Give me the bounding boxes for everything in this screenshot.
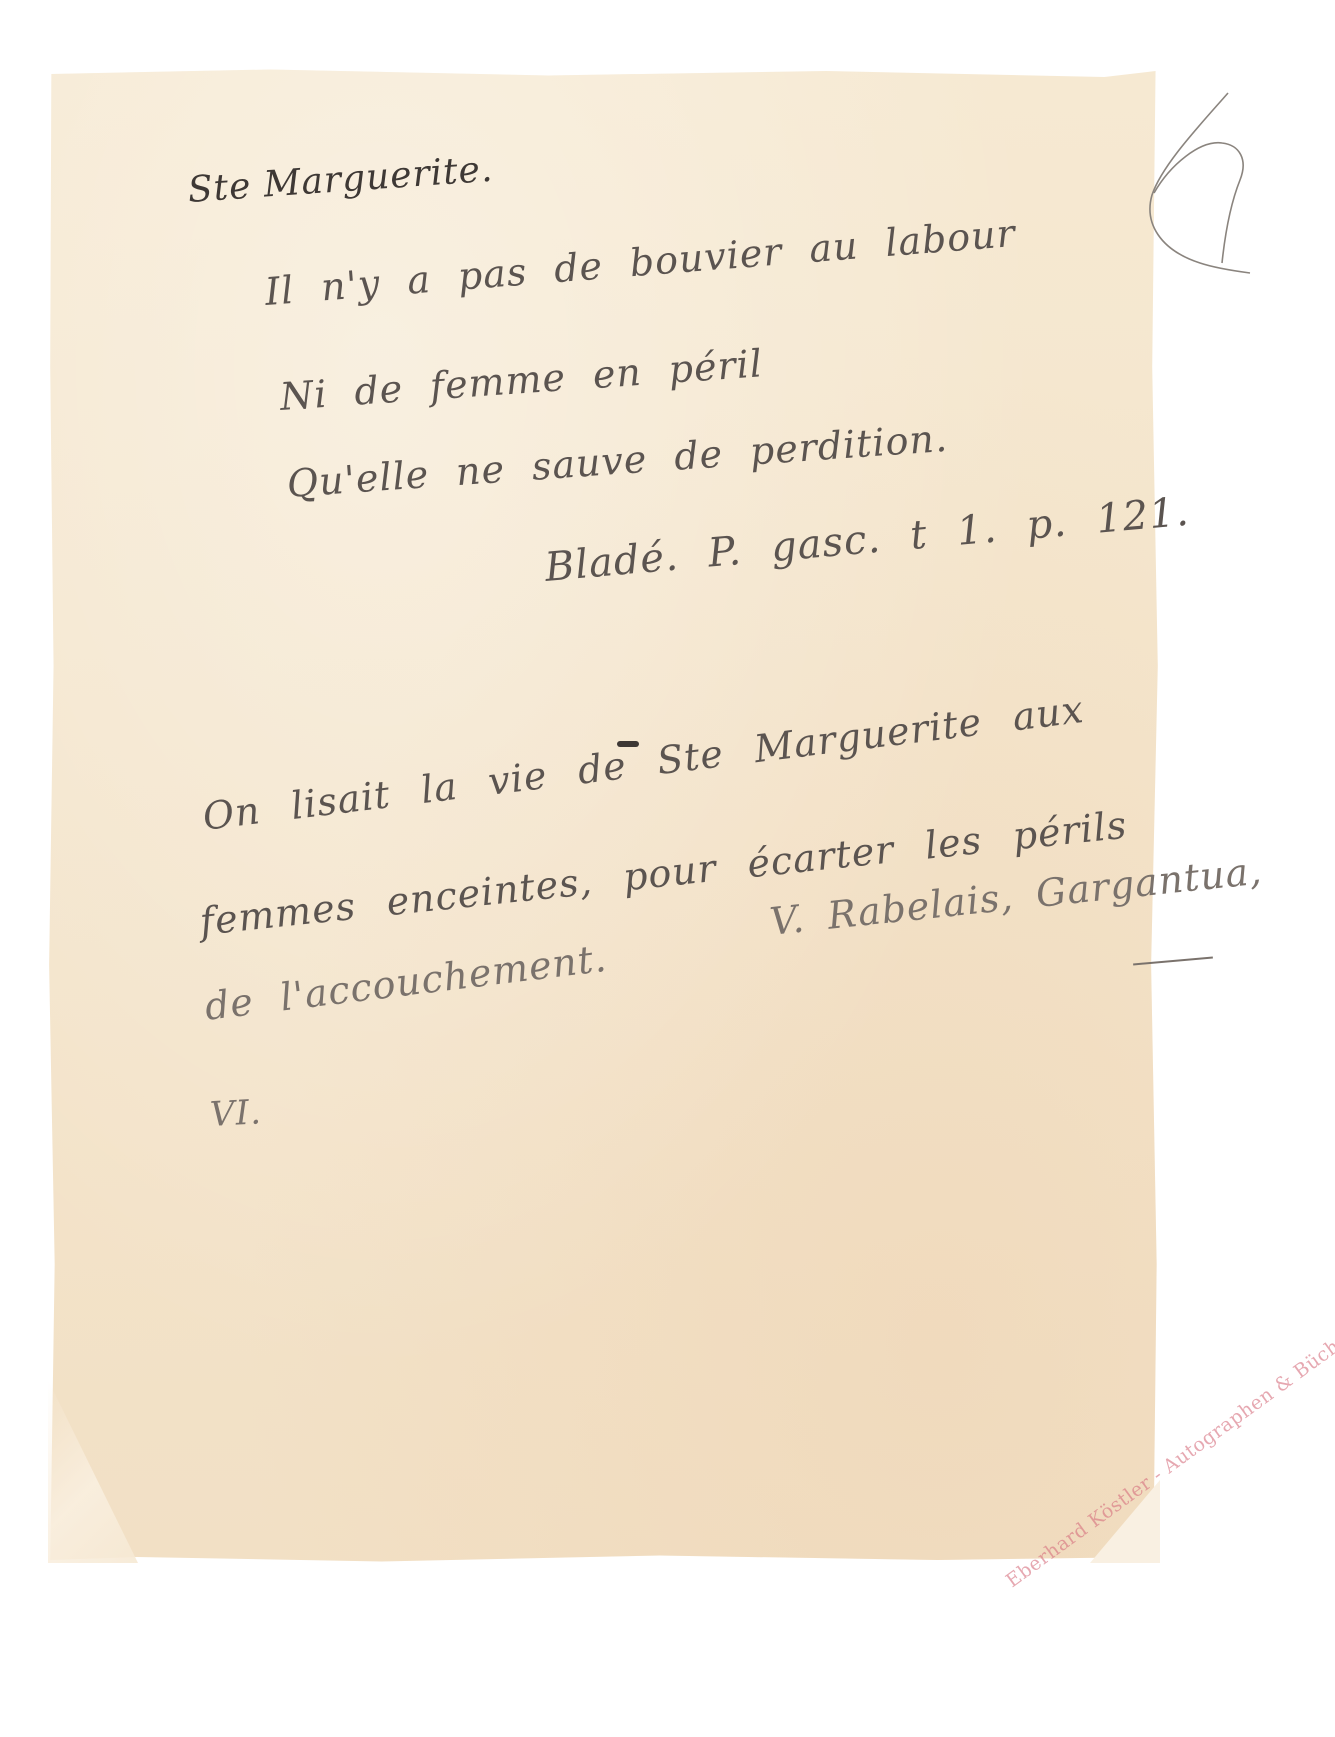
pencil-page-number-icon [1140, 85, 1260, 275]
chapter-reference: VI. [209, 1092, 263, 1135]
